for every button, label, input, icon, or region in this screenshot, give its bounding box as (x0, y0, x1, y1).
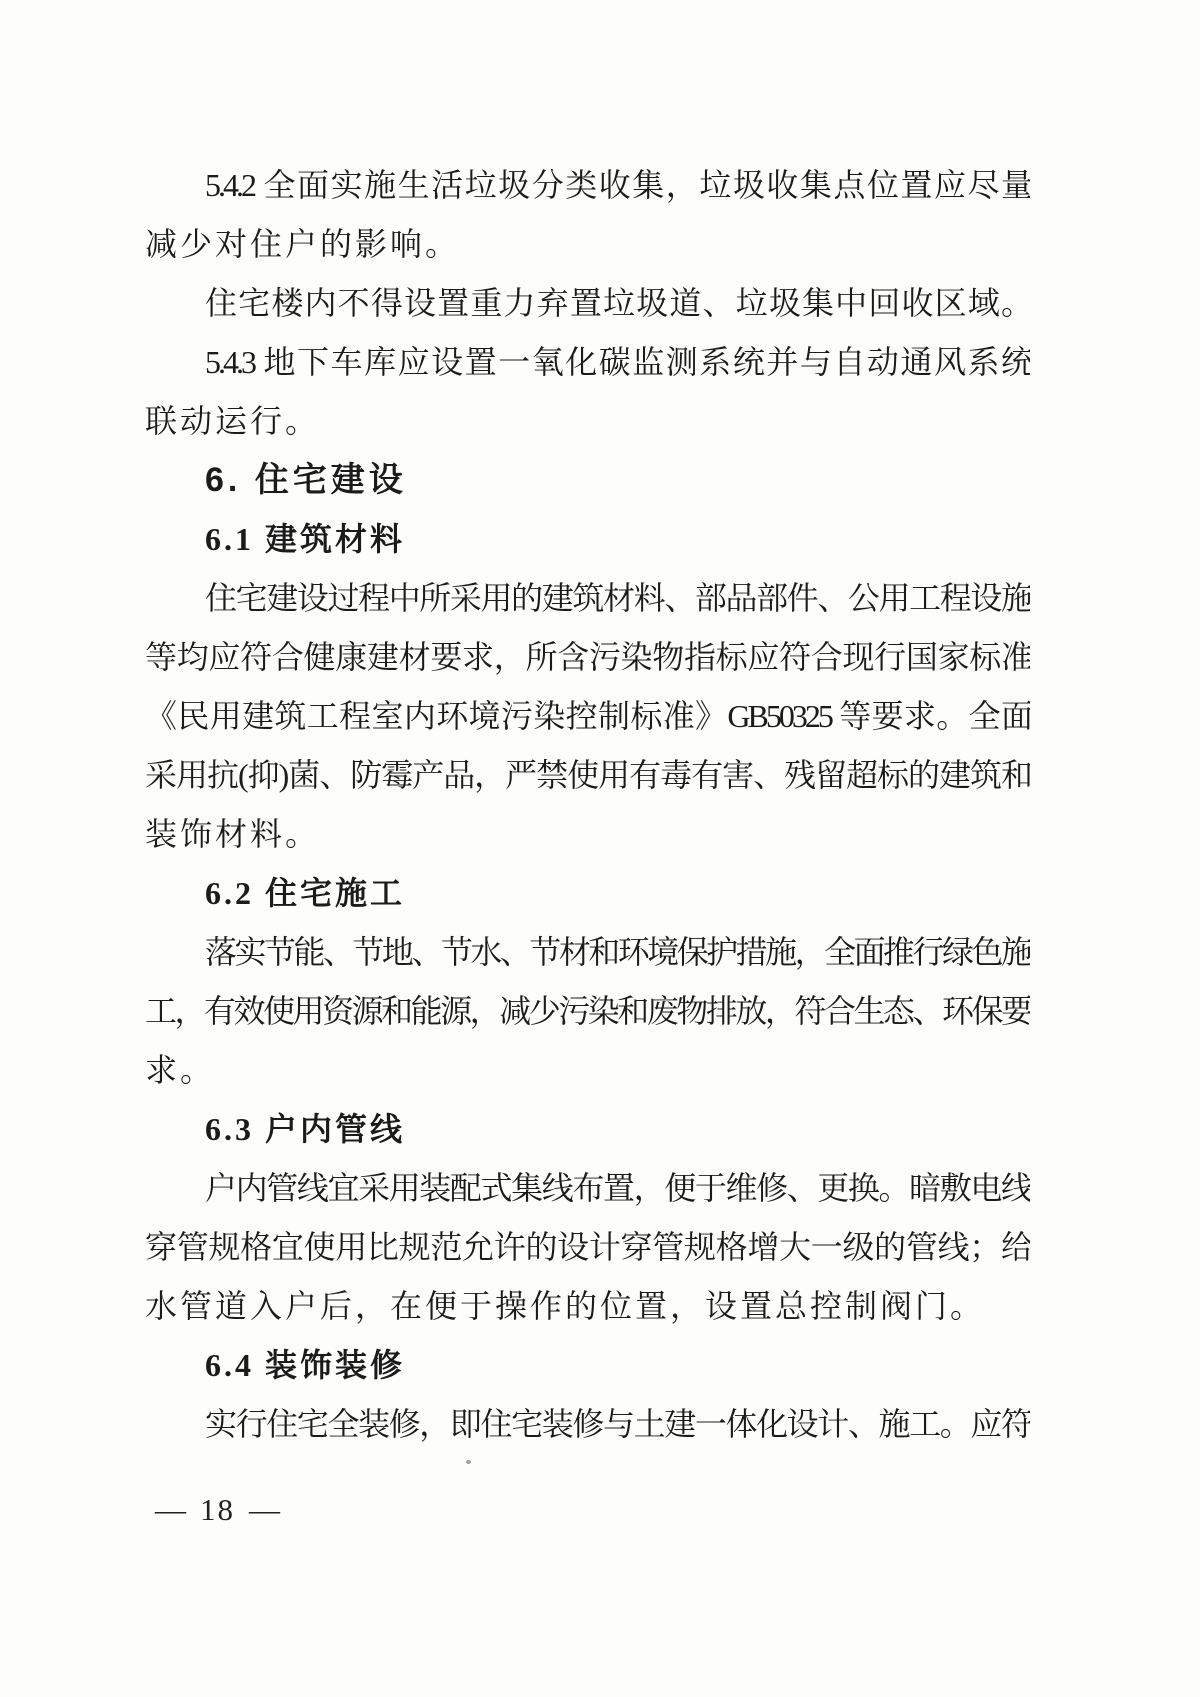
document-page: 5.4.2 全面实施生活垃圾分类收集，垃圾收集点位置应尽量 减少对住户的影响。 … (0, 0, 1200, 1697)
scan-artifact-dot (466, 1460, 471, 1464)
chapter-heading-6: 6. 住宅建设 (145, 451, 1030, 510)
clause-5-4-2-line-2: 减少对住户的影响。 (145, 215, 1030, 274)
footer-left-dash: — (155, 1492, 186, 1527)
section-6-2-line-3: 求。 (145, 1041, 1030, 1100)
section-6-3-line-1: 户内管线宜采用装配式集线布置，便于维修、更换。暗敷电线 (145, 1159, 1030, 1218)
clause-5-4-2-note: 住宅楼内不得设置重力弃置垃圾道、垃圾集中回收区域。 (145, 274, 1030, 333)
section-heading-6-3: 6.3 户内管线 (145, 1100, 1030, 1159)
section-heading-6-4: 6.4 装饰装修 (145, 1336, 1030, 1395)
text-block: 5.4.2 全面实施生活垃圾分类收集，垃圾收集点位置应尽量 减少对住户的影响。 … (145, 156, 1030, 1454)
section-6-2-line-2: 工，有效使用资源和能源，减少污染和废物排放，符合生态、环保要 (145, 982, 1030, 1041)
section-heading-6-2: 6.2 住宅施工 (145, 864, 1030, 923)
clause-5-4-3-line-2: 联动运行。 (145, 392, 1030, 451)
section-heading-6-1: 6.1 建筑材料 (145, 510, 1030, 569)
page-footer: —18— (155, 1489, 280, 1531)
footer-right-dash: — (249, 1492, 280, 1527)
page-number: 18 (200, 1492, 235, 1527)
section-6-1-line-4: 采用抗(抑)菌、防霉产品，严禁使用有毒有害、残留超标的建筑和 (145, 746, 1030, 805)
section-6-1-line-1: 住宅建设过程中所采用的建筑材料、部品部件、公用工程设施 (145, 569, 1030, 628)
clause-5-4-3-line-1: 5.4.3 地下车库应设置一氧化碳监测系统并与自动通风系统 (145, 333, 1030, 392)
section-6-1-line-2: 等均应符合健康建材要求，所含污染物指标应符合现行国家标准 (145, 628, 1030, 687)
section-6-4-line-1: 实行住宅全装修，即住宅装修与土建一体化设计、施工。应符 (145, 1395, 1030, 1454)
section-6-1-line-3: 《民用建筑工程室内环境污染控制标准》GB50325 等要求。全面 (145, 687, 1030, 746)
section-6-1-line-5: 装饰材料。 (145, 805, 1030, 864)
section-6-3-line-2: 穿管规格宜使用比规范允许的设计穿管规格增大一级的管线；给 (145, 1218, 1030, 1277)
section-6-2-line-1: 落实节能、节地、节水、节材和环境保护措施，全面推行绿色施 (145, 923, 1030, 982)
clause-5-4-2-line-1: 5.4.2 全面实施生活垃圾分类收集，垃圾收集点位置应尽量 (145, 156, 1030, 215)
section-6-3-line-3: 水管道入户后，在便于操作的位置，设置总控制阀门。 (145, 1277, 1030, 1336)
